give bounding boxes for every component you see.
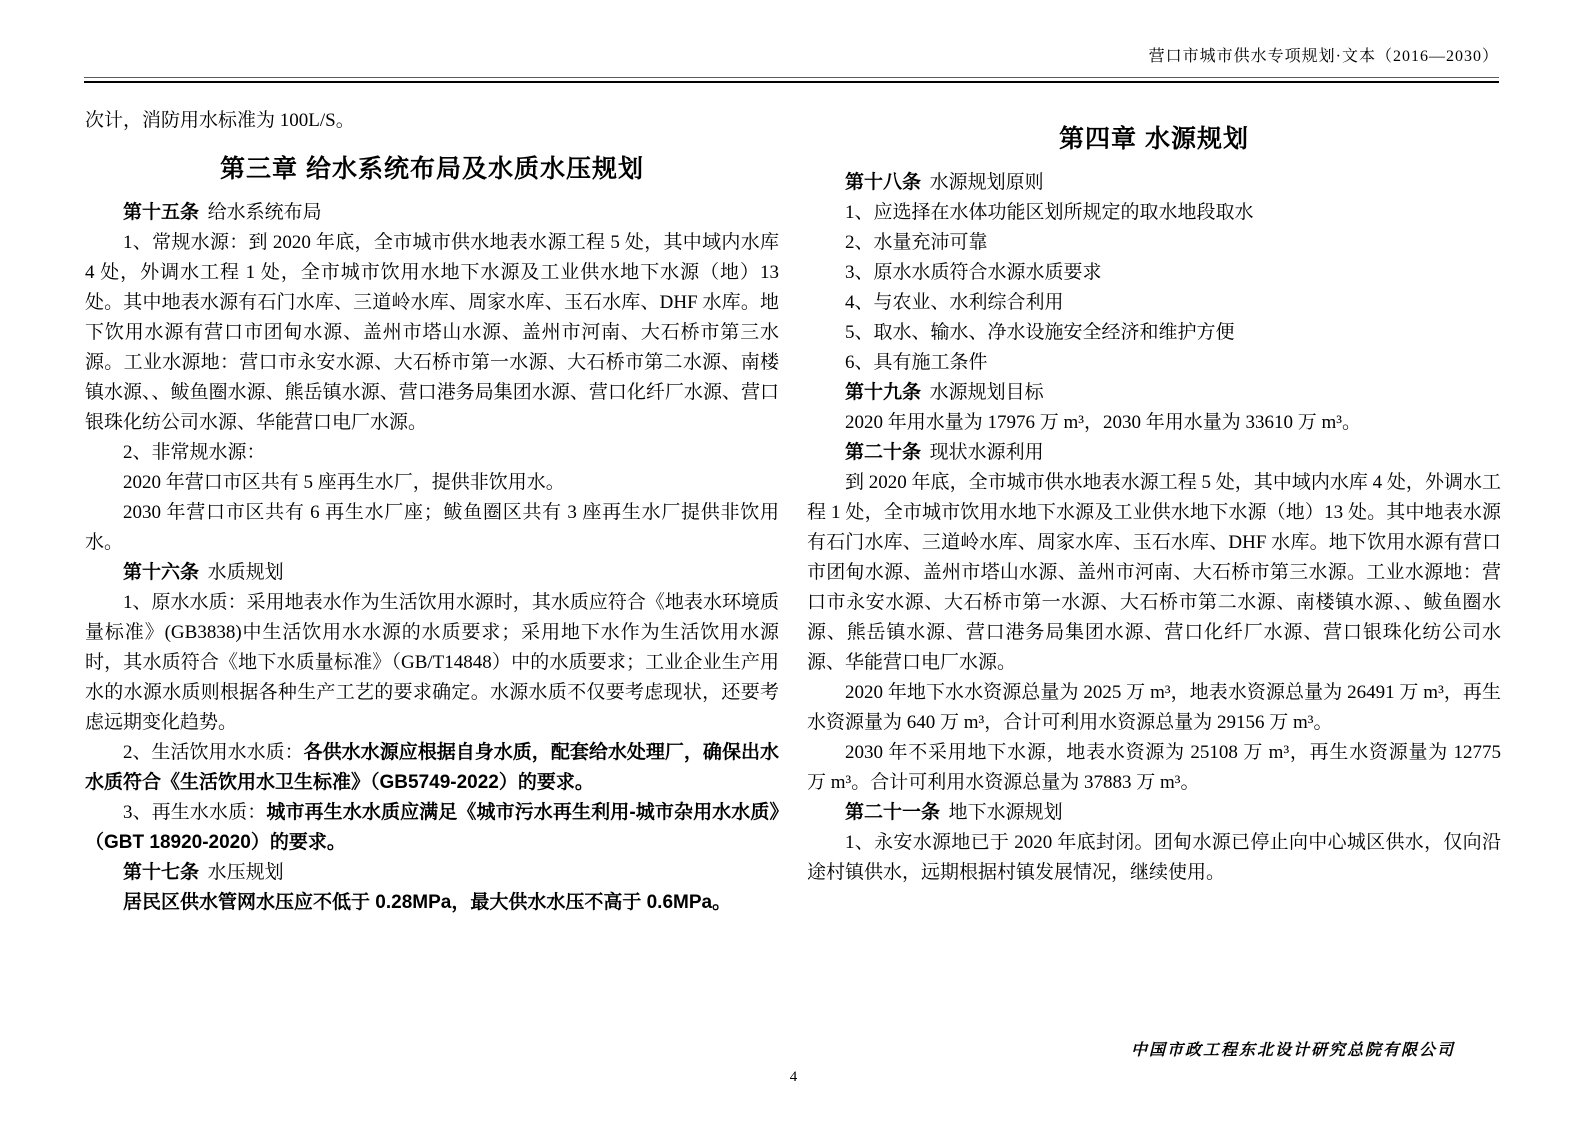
- article-heading: 第十七条水压规划: [85, 858, 779, 888]
- text-run: 5、取水、输水、净水设施安全经济和维护方便: [845, 322, 1235, 343]
- article-heading: 第二十一条地下水源规划: [807, 798, 1501, 828]
- header-rule: [84, 77, 1499, 83]
- text-run: 2、非常规水源：: [123, 442, 266, 463]
- header-title: 营口市城市供水专项规划·文本（2016—2030）: [1149, 48, 1499, 65]
- article-number: 第二十条: [845, 442, 921, 463]
- article-heading: 第十八条水源规划原则: [807, 168, 1501, 198]
- text-run: 次计，消防用水标准为 100L/S。: [85, 110, 355, 131]
- article-number: 第二十一条: [845, 802, 940, 823]
- text-run: 3、再生水水质：: [123, 802, 266, 823]
- text-run: 2、生活饮用水水质：: [123, 742, 304, 763]
- text-run: 2、水量充沛可靠: [845, 232, 988, 253]
- article-heading: 第十五条给水系统布局: [85, 198, 779, 228]
- article-title: 现状水源利用: [930, 442, 1044, 463]
- footer-company-signature: 中国市政工程东北设计研究总院有限公司: [1131, 1037, 1455, 1060]
- paragraph: 2、水量充沛可靠: [807, 228, 1501, 258]
- paragraph: 2、生活饮用水水质：各供水水源应根据自身水质，配套给水处理厂，确保出水水质符合《…: [85, 738, 779, 798]
- article-title: 水质规划: [208, 562, 284, 583]
- text-run: 1、常规水源：到 2020 年底，全市城市供水地表水源工程 5 处，其中域内水库…: [85, 232, 779, 433]
- paragraph: 到 2020 年底，全市城市供水地表水源工程 5 处，其中域内水库 4 处，外调…: [807, 468, 1501, 678]
- text-run: 6、具有施工条件: [845, 352, 988, 373]
- text-run: 2020 年营口市区共有 5 座再生水厂，提供非饮用水。: [123, 472, 565, 493]
- text-run: 到 2020 年底，全市城市供水地表水源工程 5 处，其中域内水库 4 处，外调…: [807, 472, 1501, 673]
- document-page: 营口市城市供水专项规划·文本（2016—2030） 次计，消防用水标准为 100…: [0, 0, 1587, 1122]
- text-run: 4、与农业、水利综合利用: [845, 292, 1064, 313]
- left-column: 次计，消防用水标准为 100L/S。第三章 给水系统布局及水质水压规划第十五条给…: [85, 106, 779, 918]
- text-run: 2020 年地下水水资源总量为 2025 万 m³，地表水资源总量为 26491…: [807, 682, 1501, 733]
- paragraph: 1、常规水源：到 2020 年底，全市城市供水地表水源工程 5 处，其中域内水库…: [85, 228, 779, 438]
- article-title: 地下水源规划: [949, 802, 1063, 823]
- paragraph: 居民区供水管网水压应不低于 0.28MPa，最大供水水压不高于 0.6MPa。: [85, 888, 779, 918]
- paragraph: 4、与农业、水利综合利用: [807, 288, 1501, 318]
- page-number: 4: [0, 1069, 1587, 1086]
- text-run: 2030 年营口市区共有 6 再生水厂座；鲅鱼圈区共有 3 座再生水厂提供非饮用…: [85, 502, 779, 553]
- article-title: 给水系统布局: [208, 202, 322, 223]
- chapter-title: 第四章 水源规划: [807, 120, 1501, 158]
- text-run: 2030 年不采用地下水源，地表水资源为 25108 万 m³，再生水资源量为 …: [807, 742, 1501, 793]
- paragraph: 2030 年营口市区共有 6 再生水厂座；鲅鱼圈区共有 3 座再生水厂提供非饮用…: [85, 498, 779, 558]
- paragraph: 2、非常规水源：: [85, 438, 779, 468]
- article-heading: 第十六条水质规划: [85, 558, 779, 588]
- chapter-title: 第三章 给水系统布局及水质水压规划: [85, 150, 779, 188]
- paragraph: 2020 年地下水水资源总量为 2025 万 m³，地表水资源总量为 26491…: [807, 678, 1501, 738]
- paragraph: 1、永安水源地已于 2020 年底封闭。团甸水源已停止向中心城区供水，仅向沿途村…: [807, 828, 1501, 888]
- paragraph: 1、原水水质：采用地表水作为生活饮用水源时，其水质应符合《地表水环境质量标准》(…: [85, 588, 779, 738]
- article-number: 第十七条: [123, 862, 199, 883]
- bold-text-run: 居民区供水管网水压应不低于 0.28MPa，最大供水水压不高于 0.6MPa。: [123, 892, 731, 913]
- article-title: 水压规划: [208, 862, 284, 883]
- paragraph: 2030 年不采用地下水源，地表水资源为 25108 万 m³，再生水资源量为 …: [807, 738, 1501, 798]
- text-run: 2020 年用水量为 17976 万 m³，2030 年用水量为 33610 万…: [845, 412, 1361, 433]
- lead-paragraph: 次计，消防用水标准为 100L/S。: [85, 106, 779, 136]
- article-number: 第十六条: [123, 562, 199, 583]
- paragraph: 5、取水、输水、净水设施安全经济和维护方便: [807, 318, 1501, 348]
- page-header: 营口市城市供水专项规划·文本（2016—2030）: [84, 46, 1499, 68]
- two-column-layout: 次计，消防用水标准为 100L/S。第三章 给水系统布局及水质水压规划第十五条给…: [85, 106, 1501, 918]
- text-run: 3、原水水质符合水源水质要求: [845, 262, 1102, 283]
- paragraph: 2020 年营口市区共有 5 座再生水厂，提供非饮用水。: [85, 468, 779, 498]
- right-column: 第四章 水源规划第十八条水源规划原则1、应选择在水体功能区划所规定的取水地段取水…: [807, 106, 1501, 918]
- paragraph: 3、再生水水质：城市再生水水质应满足《城市污水再生利用-城市杂用水水质》（GBT…: [85, 798, 779, 858]
- article-title: 水源规划目标: [930, 382, 1044, 403]
- article-number: 第十五条: [123, 202, 199, 223]
- text-run: 1、永安水源地已于 2020 年底封闭。团甸水源已停止向中心城区供水，仅向沿途村…: [807, 832, 1501, 883]
- paragraph: 6、具有施工条件: [807, 348, 1501, 378]
- article-title: 水源规划原则: [930, 172, 1044, 193]
- article-heading: 第十九条水源规划目标: [807, 378, 1501, 408]
- paragraph: 3、原水水质符合水源水质要求: [807, 258, 1501, 288]
- article-heading: 第二十条现状水源利用: [807, 438, 1501, 468]
- article-number: 第十八条: [845, 172, 921, 193]
- paragraph: 2020 年用水量为 17976 万 m³，2030 年用水量为 33610 万…: [807, 408, 1501, 438]
- paragraph: 1、应选择在水体功能区划所规定的取水地段取水: [807, 198, 1501, 228]
- text-run: 1、原水水质：采用地表水作为生活饮用水源时，其水质应符合《地表水环境质量标准》(…: [85, 592, 779, 733]
- article-number: 第十九条: [845, 382, 921, 403]
- text-run: 1、应选择在水体功能区划所规定的取水地段取水: [845, 202, 1254, 223]
